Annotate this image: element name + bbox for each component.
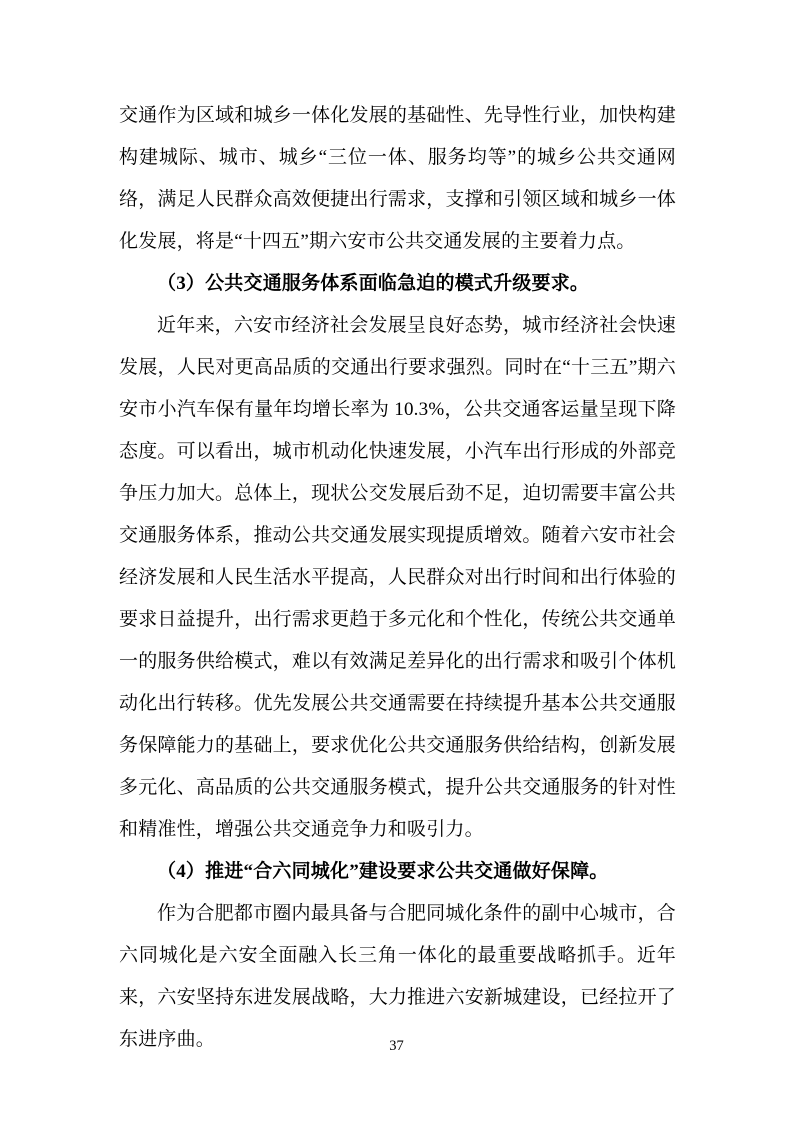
section-heading-3: （3）公共交通服务体系面临急迫的模式升级要求。 [119,263,676,305]
paragraph-continuation: 交通作为区域和城乡一体化发展的基础性、先导性行业，加快构建构建城际、城市、城乡“… [119,95,676,263]
section-heading-4: （4）推进“合六同城化”建设要求公共交通做好保障。 [119,851,676,893]
document-page: 交通作为区域和城乡一体化发展的基础性、先导性行业，加快构建构建城际、城市、城乡“… [0,0,793,1122]
document-body: 交通作为区域和城乡一体化发展的基础性、先导性行业，加快构建构建城际、城市、城乡“… [119,95,676,1061]
body-paragraph-section-3: 近年来，六安市经济社会发展呈良好态势，城市经济社会快速发展，人民对更高品质的交通… [119,305,676,851]
page-number: 37 [0,1036,793,1056]
